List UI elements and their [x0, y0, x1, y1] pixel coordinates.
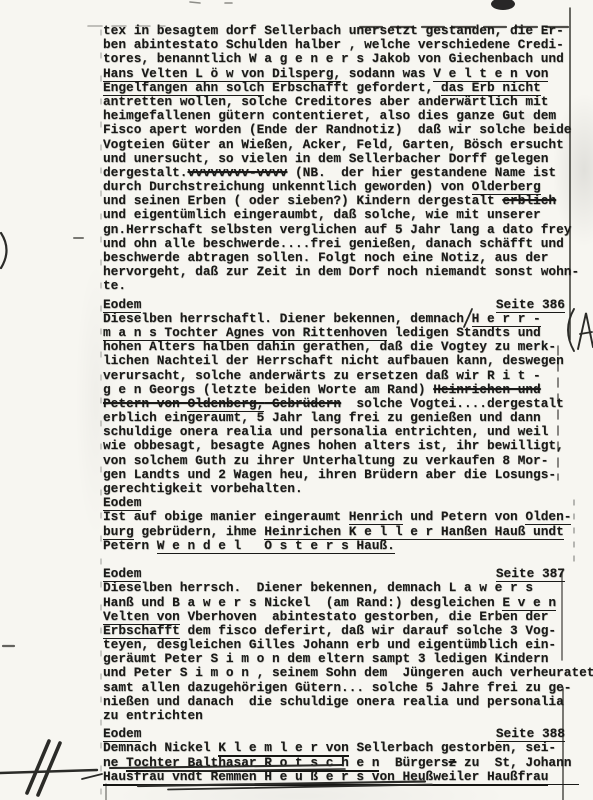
text-line: von solchem Guth zu ihrer Unterhaltung z…: [103, 454, 565, 468]
page-number: Seite 386: [496, 298, 565, 312]
text-segment: verursacht, solche anderwärts zu ersetze…: [103, 368, 541, 383]
text-segment: von solchem Guth zu ihrer Unterhaltung z…: [103, 453, 548, 468]
text-segment: hervorgeht, daß zur Zeit in dem Dorf noc…: [103, 264, 579, 279]
text-line: lichen Nachteil der Herrschaft nicht auf…: [103, 354, 565, 368]
text-segment: nießen und danach die schuldige onera re…: [103, 694, 564, 709]
page-number: Seite 388: [496, 727, 565, 741]
text-line: und unersucht, so vielen in dem Sellerba…: [103, 152, 565, 166]
left-pen-line: [0, 770, 97, 773]
text-line: ne Tochter Balthasar R o t s c h e n Bür…: [103, 756, 565, 770]
text-line: Hans Velten L ö w von Dilsperg, sodann w…: [103, 67, 565, 81]
text-line: hervorgeht, daß zur Zeit in dem Dorf noc…: [103, 265, 565, 279]
text-line: verursacht, solche anderwärts zu ersetze…: [103, 369, 565, 383]
text-segment: Fisco apert worden (Ende der Randnotiz) …: [103, 122, 571, 137]
struck-text: Gebrüdern: [264, 396, 341, 411]
struck-text: erblich: [502, 193, 556, 208]
text-line: und eigentümlich eingeraumbt, daß solche…: [103, 208, 565, 222]
text-line: Petern W e n d e l O s t e r s Hauß.: [103, 539, 565, 553]
text-segment: Ist auf obige manier eingeraumt: [103, 509, 349, 524]
text-segment: te.: [103, 278, 126, 293]
text-line: Dieselben herrsch. Diener bekennen, demn…: [103, 581, 565, 595]
right-margin-paren-mark: [568, 309, 574, 351]
text-segment: zu entrichten: [103, 708, 203, 723]
section-heading: EodemSeite 387: [103, 567, 565, 581]
underlined-text: Hausfrau vndt Remmen H e u ß e r s von H…: [103, 769, 548, 786]
text-segment: Petern: [103, 538, 157, 553]
paragraph-gap: [103, 553, 565, 567]
text-segment: ledigen Standts und: [387, 325, 541, 340]
section-heading: EodemSeite 388: [103, 727, 565, 741]
text-line: m a n s Tochter Agnes von Rittenhoven le…: [103, 326, 565, 340]
text-segment: hohen Alters halben dahin gerathen, daß …: [103, 339, 556, 354]
eodem-label: Eodem: [103, 567, 141, 581]
text-segment: erblich eingeraumt, 5 Jahr lang frei zu …: [103, 410, 541, 425]
text-line: Dieselben herrschaftl. Diener bekennen, …: [103, 312, 565, 326]
text-segment: heimgefallenen gütern contentieret, also…: [103, 108, 556, 123]
text-segment: (NB. der hier gestandene Name ist: [287, 165, 556, 180]
eodem-label: Eodem: [103, 298, 141, 312]
text-line: gen Landts und 2 Wagen heu, ihren Brüder…: [103, 468, 565, 482]
text-segment: sodann was: [341, 66, 433, 81]
text-segment: beschwerde abtragen sollen. Folgt noch e…: [103, 250, 548, 265]
text-segment: und Petern von: [403, 509, 526, 524]
text-segment: Hanß und B a w e r s Nickel (am Rand:) d…: [103, 595, 502, 610]
text-line: hohen Alters halben dahin gerathen, daß …: [103, 340, 565, 354]
text-line: Eodem: [103, 496, 565, 510]
text-segment: teyen, desgleichen Gilles Johann erb und…: [103, 637, 556, 652]
text-line: geräumt Peter S i m o n dem eltern sampt…: [103, 652, 565, 666]
text-line: Erbschafft dem fisco deferirt, daß wir d…: [103, 624, 565, 638]
text-segment: und Peter S i m o n , seinem Sohn dem Jü…: [103, 665, 593, 680]
text-line: zu entrichten: [103, 709, 565, 723]
text-line: tex in besagtem dorf Sellerbach unersetz…: [103, 24, 565, 38]
text-line: Fisco apert worden (Ende der Randnotiz) …: [103, 123, 565, 137]
text-segment: samt allen dazugehörigen Gütern... solch…: [103, 680, 571, 695]
text-segment: g e n Georgs (letzte beiden Worte am Ran…: [103, 382, 433, 397]
text-segment: ne: [103, 755, 126, 770]
text-line: Demnach Nickel K l e m l e r von Sellerb…: [103, 741, 565, 755]
text-segment: tores, benanntlich W a g e n e r s Jakob…: [103, 51, 564, 66]
text-line: und seinen Erben ( oder sieben?) Kindern…: [103, 194, 565, 208]
text-segment: Demnach Nickel: [103, 740, 218, 755]
text-line: ben abintestato Schulden halber , welche…: [103, 38, 565, 52]
struck-text: Heinrichen und: [433, 382, 541, 397]
text-line: tores, benanntlich W a g e n e r s Jakob…: [103, 52, 565, 66]
text-segment: dergestalt.: [103, 165, 187, 180]
text-line: gn.Herrschaft selbsten verglichen auf 5 …: [103, 223, 565, 237]
text-segment: gerechtigkeit vorbehalten.: [103, 481, 303, 496]
double-slash-mark: [27, 741, 49, 793]
text-line: und Peter S i m o n , seinem Sohn dem Jü…: [103, 666, 565, 680]
text-line: schuldige onera realia und personalia en…: [103, 425, 565, 439]
text-segment: zu St, Johann: [456, 755, 571, 770]
text-line: erblich eingeraumt, 5 Jahr lang frei zu …: [103, 411, 565, 425]
text-segment: Vogteien Güter an Wießen, Acker, Feld, G…: [103, 137, 564, 152]
text-segment: Sellerbach gestorben, sei-: [349, 740, 556, 755]
text-segment: Erbschafft gefordert,: [264, 80, 441, 95]
right-margin-letter-a-mark: [578, 313, 593, 349]
text-segment: schuldige onera realia und personalia en…: [103, 424, 548, 439]
text-segment: Vberhoven abintestato gestorben, die Erb…: [180, 609, 549, 624]
text-segment: und eigentümlich eingeraumbt, daß solche…: [103, 207, 541, 222]
text-line: heimgefallenen gütern contentieret, also…: [103, 109, 565, 123]
text-segment: lichen Nachteil der Herrschaft nicht auf…: [103, 353, 564, 368]
text-line: Engelfangen ahn solch Erbschafft geforde…: [103, 81, 565, 95]
text-segment: geräumt Peter S i m o n dem eltern sampt…: [103, 651, 548, 666]
underlined-text: Henrich: [349, 509, 403, 525]
text-line: antretten wollen, solche Creditores aber…: [103, 95, 565, 109]
text-segment: antretten wollen, solche Creditores aber…: [103, 94, 548, 109]
text-line: g e n Georgs (letzte beiden Worte am Ran…: [103, 383, 565, 397]
text-line: beschwerde abtragen sollen. Folgt noch e…: [103, 251, 565, 265]
text-line: Petern von Oldenberg, Gebrüdern solche V…: [103, 397, 565, 411]
text-line: Vogteien Güter an Wießen, Acker, Feld, G…: [103, 138, 565, 152]
scan-blotch: [491, 0, 515, 10]
struck-text: Petern von: [103, 396, 187, 411]
text-segment: durch Durchstreichung unkenntlich geword…: [103, 179, 472, 194]
text-segment: Dieselben herrschaftl. Diener bekennen, …: [103, 311, 472, 326]
text-line: burg gebrüdern, ihme Heinrichen K e l l …: [103, 525, 565, 539]
text-line: nießen und danach die schuldige onera re…: [103, 695, 565, 709]
text-line: wie obbesagt, besagte Agnes hohen alters…: [103, 439, 565, 453]
text-segment: solche Vogtei....dergestalt: [341, 396, 564, 411]
text-line: gerechtigkeit vorbehalten.: [103, 482, 565, 496]
page-number: Seite 387: [496, 567, 565, 581]
text-segment: und unersucht, so vielen in dem Sellerba…: [103, 151, 548, 166]
text-line: Hausfrau vndt Remmen H e u ß e r s von H…: [103, 770, 565, 784]
typewritten-text-block: tex in besagtem dorf Sellerbach unersetz…: [103, 24, 565, 784]
left-margin-curve-mark: [1, 233, 7, 268]
text-line: samt allen dazugehörigen Gütern... solch…: [103, 681, 565, 695]
text-segment: und ohn alle beschwerde....frei genießen…: [103, 236, 564, 251]
text-segment: gebrüdern, ihme: [134, 524, 265, 539]
text-segment: ben abintestato Schulden halber , welche…: [103, 37, 564, 52]
text-segment: wie obbesagt, besagte Agnes hohen alters…: [103, 438, 564, 453]
text-line: Velten von Vberhoven abintestato gestorb…: [103, 610, 565, 624]
text-line: te.: [103, 279, 565, 293]
struck-text: vvvvvvvv-vvvv: [187, 165, 287, 180]
text-segment: und seinen Erben ( oder sieben?) Kindern…: [103, 193, 502, 208]
text-line: teyen, desgleichen Gilles Johann erb und…: [103, 638, 565, 652]
text-segment: tex in besagtem dorf Sellerbach unersetz…: [103, 23, 564, 38]
text-segment: dem fisco deferirt, daß wir darauf solch…: [180, 623, 556, 638]
underlined-text: W e n d e l O s t e r s Hauß.: [157, 538, 395, 554]
eodem-label: Eodem: [103, 727, 141, 741]
text-segment: Bürgers: [379, 755, 448, 770]
text-line: durch Durchstreichung unkenntlich geword…: [103, 180, 565, 194]
text-line: dergestalt.vvvvvvvv-vvvv (NB. der hier g…: [103, 166, 565, 180]
underlined-text: Olden-: [525, 509, 571, 525]
text-line: Ist auf obige manier eingeraumt Henrich …: [103, 510, 565, 524]
text-segment: Dieselben herrsch. Diener bekennen, demn…: [103, 580, 533, 595]
text-segment: gn.Herrschaft selbsten verglichen auf 5 …: [103, 222, 571, 237]
scanned-document-page: { "page": { "kind": "typewritten archive…: [0, 0, 593, 800]
text-line: und ohn alle beschwerde....frei genießen…: [103, 237, 565, 251]
text-line: Hanß und B a w e r s Nickel (am Rand:) d…: [103, 596, 565, 610]
text-segment: gen Landts und 2 Wagen heu, ihren Brüder…: [103, 467, 556, 482]
underlined-text: [548, 769, 579, 785]
section-heading: EodemSeite 386: [103, 298, 565, 312]
